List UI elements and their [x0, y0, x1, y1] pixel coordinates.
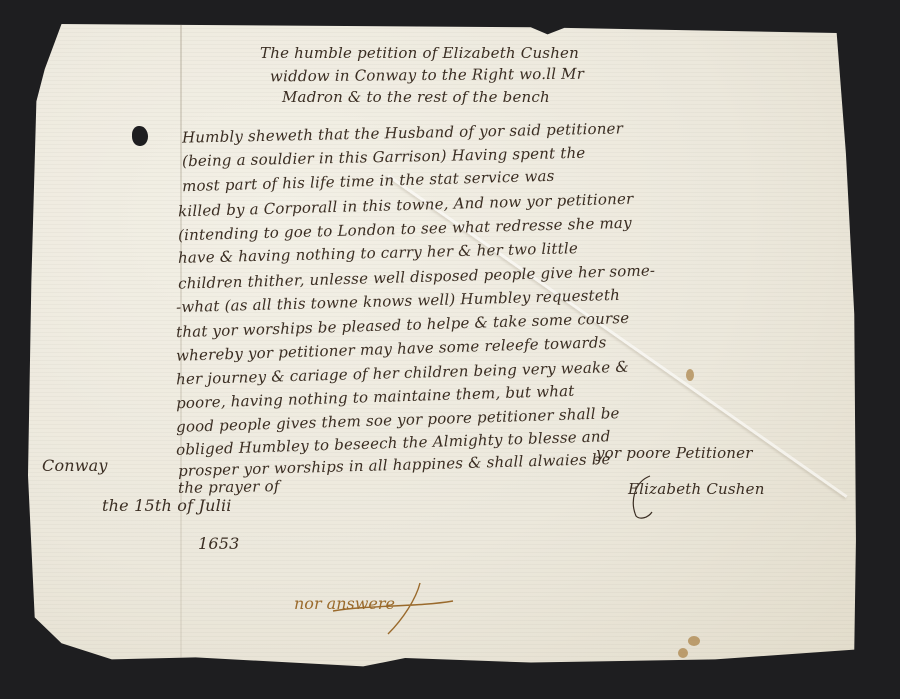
endorsement-flourish: [328, 579, 458, 639]
heading-line-3: Madron & to the rest of the bench: [282, 88, 550, 106]
heading-line-1: The humble petition of Elizabeth Cushen: [260, 44, 579, 62]
signature-flourish: [626, 472, 656, 522]
ink-stain: [678, 648, 688, 658]
heading-line-2: widdow in Conway to the Right wo.ll Mr: [270, 65, 584, 86]
manuscript-page: The humble petition of Elizabeth Cushen …: [28, 24, 866, 669]
paper-hole: [132, 126, 148, 146]
body-line-16: the prayer of: [178, 477, 280, 497]
ink-stain: [688, 636, 700, 646]
date-line: the 15th of Julii: [102, 496, 232, 515]
body-line-1: Humbly sheweth that the Husband of yor s…: [182, 119, 623, 146]
body-line-6: have & having nothing to carry her & her…: [178, 239, 578, 267]
body-line-3: most part of his life time in the stat s…: [182, 167, 555, 195]
body-line-2: (being a souldier in this Garrison) Havi…: [182, 144, 586, 170]
closing-line: yor poore Petitioner: [596, 444, 753, 462]
year: 1653: [198, 534, 240, 553]
ink-stain: [686, 369, 694, 381]
place-name: Conway: [42, 456, 108, 475]
